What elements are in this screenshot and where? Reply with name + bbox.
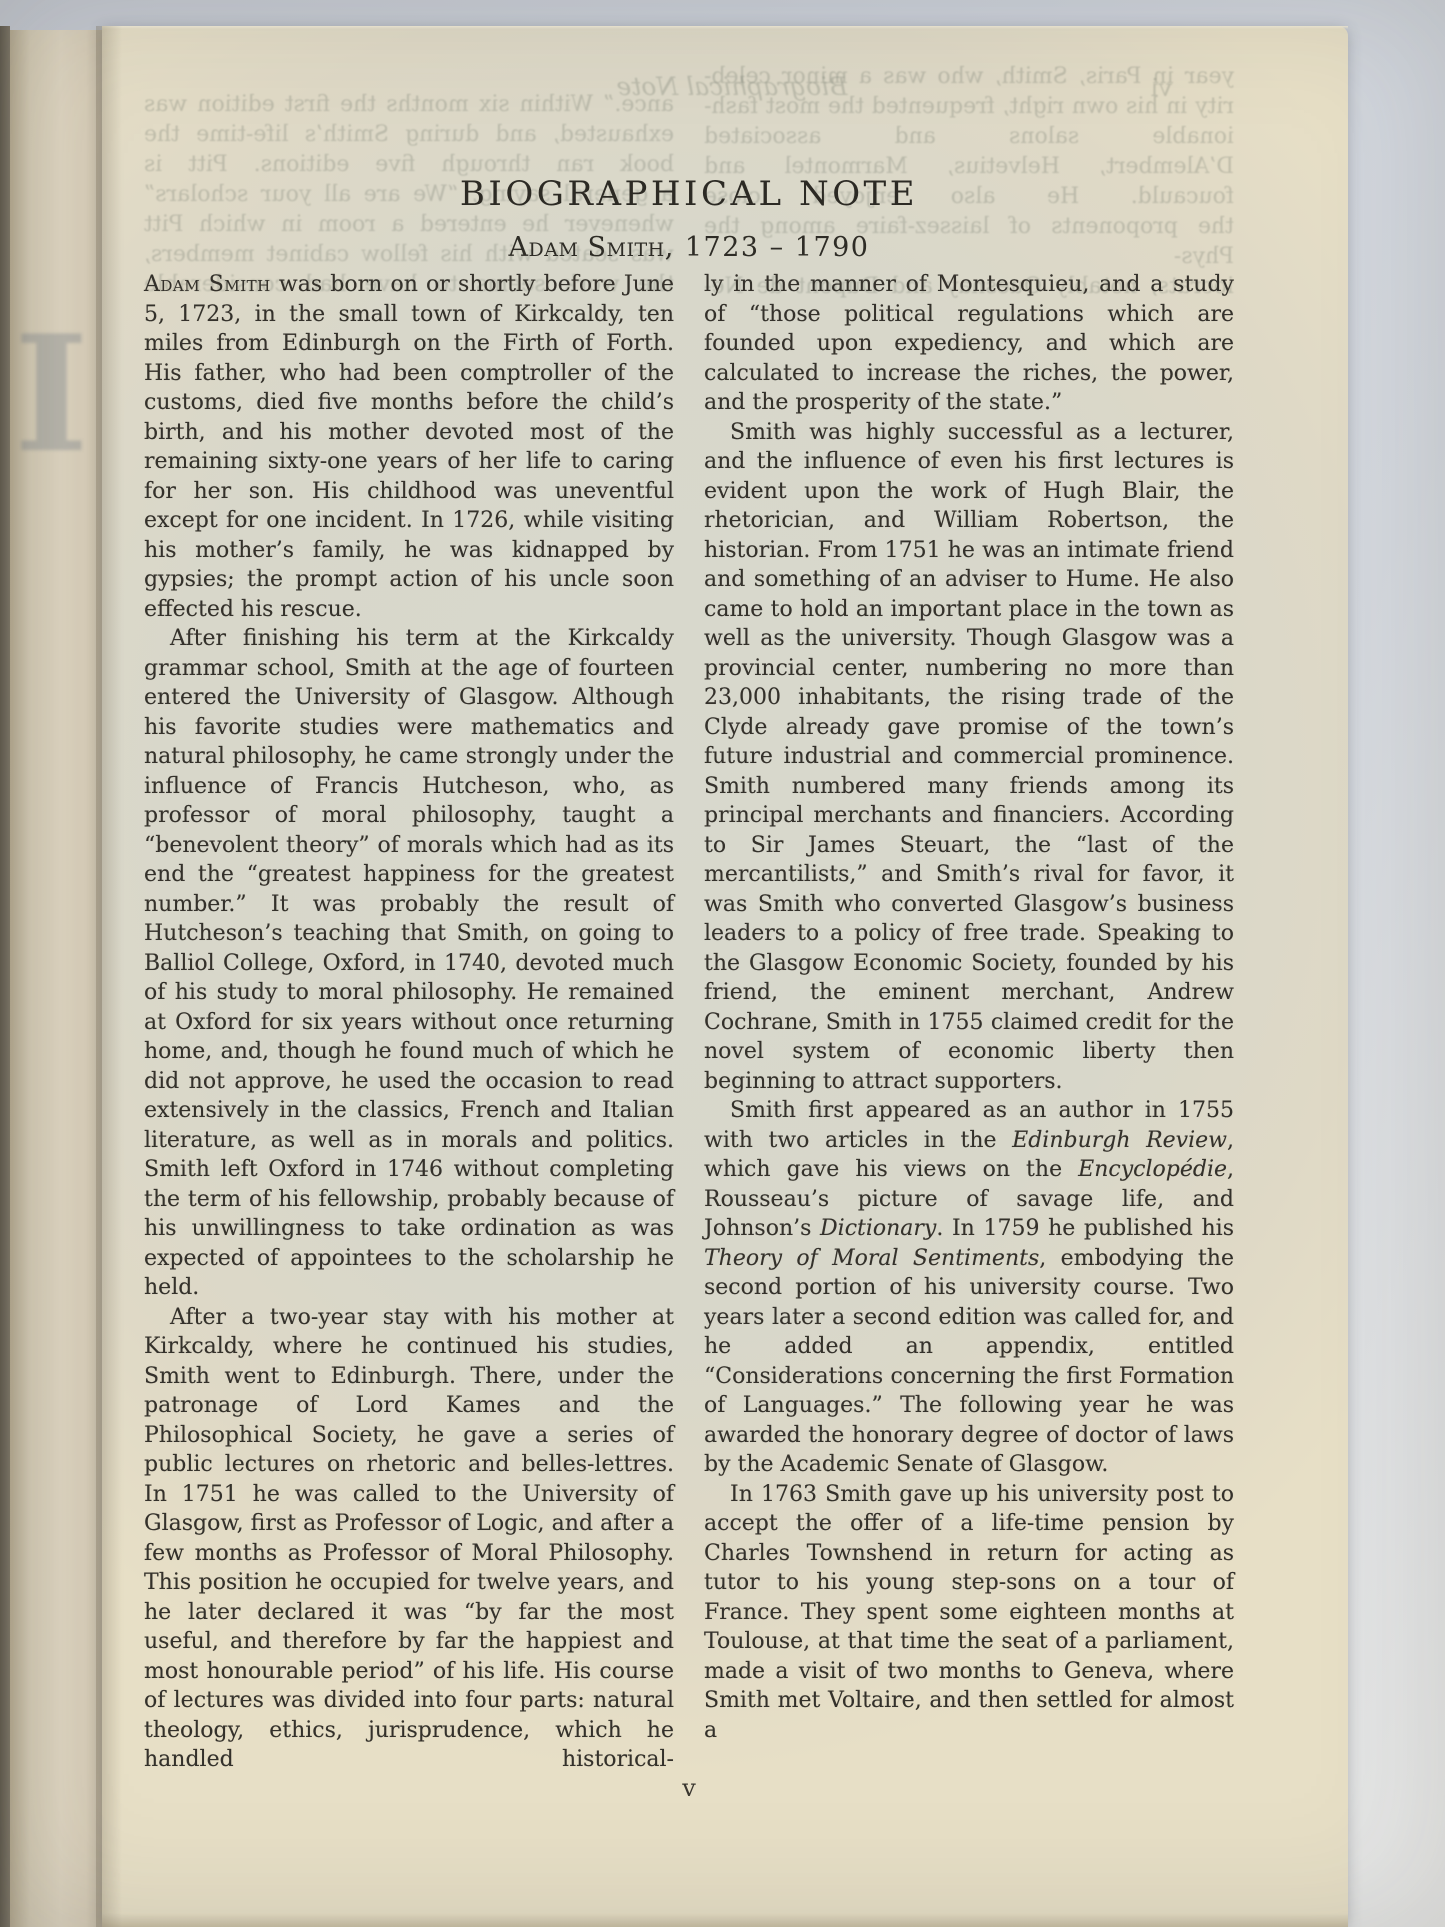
text-body: Adam Smith was born on or shortly before… [144,270,1234,1775]
paragraph: After a two-year stay with his mother at… [144,1303,674,1775]
book-gutter-shadow [0,26,10,1927]
bleedthrough-line: year in Paris, Smith, who was a minor ce… [704,62,1234,92]
book-page: Biographical Note vi ance.” Within six m… [102,26,1348,1927]
bleedthrough-line: ionable salons and associated [704,122,1234,152]
paragraph: Smith first appeared as an author in 175… [704,1096,1234,1480]
text-segment: ly in the manner of Montesquieu, and a s… [704,272,1234,415]
bleedthrough-letter: I [14,300,89,488]
bleedthrough-line: ance.” Within six months the first editi… [144,90,674,120]
paragraph: In 1763 Smith gave up his university pos… [704,1480,1234,1746]
bleedthrough-line: rity in his own right, frequented the mo… [704,92,1234,122]
text-column-right: ly in the manner of Montesquieu, and a s… [704,270,1234,1775]
page-edge-stack: I [10,30,102,1927]
text-segment: Encyclopédie [1078,1157,1227,1182]
page-title: BIOGRAPHICAL NOTE [144,174,1234,214]
page-crease [96,26,122,1927]
paragraph: ly in the manner of Montesquieu, and a s… [704,270,1234,418]
text-segment: Edinburgh Review [1012,1128,1227,1153]
page-subtitle: Adam Smith, 1723 – 1790 [144,232,1234,263]
text-segment: Theory of Moral Sentiments [704,1246,1039,1271]
subtitle-years: , 1723 – 1790 [665,232,870,263]
text-segment: After a two-year stay with his mother at… [144,1305,674,1773]
page-number: v [144,1774,1234,1802]
text-segment: was born on or shortly before June 5, 17… [144,272,674,622]
photo-background: I Biographical Note vi ance.” Within six… [0,0,1445,1927]
paragraph: Adam Smith was born on or shortly before… [144,270,674,624]
text-segment: , embodying the second portion of his un… [704,1246,1234,1478]
text-segment: Dictionary [820,1216,936,1241]
subtitle-name: Adam Smith [509,232,665,263]
text-segment: In 1763 Smith gave up his university pos… [704,1482,1234,1743]
text-segment: After finishing his term at the Kirkcald… [144,626,674,1300]
text-segment: Adam Smith [144,272,271,297]
text-segment: . In 1759 he published his [936,1216,1234,1241]
paragraph: After finishing his term at the Kirkcald… [144,624,674,1303]
bleedthrough-line: exhausted, and during Smith’s life-time … [144,120,674,150]
paragraph: Smith was highly successful as a lecture… [704,418,1234,1097]
text-segment: Smith was highly successful as a lecture… [704,420,1234,1094]
text-column-left: Adam Smith was born on or shortly before… [144,270,674,1775]
